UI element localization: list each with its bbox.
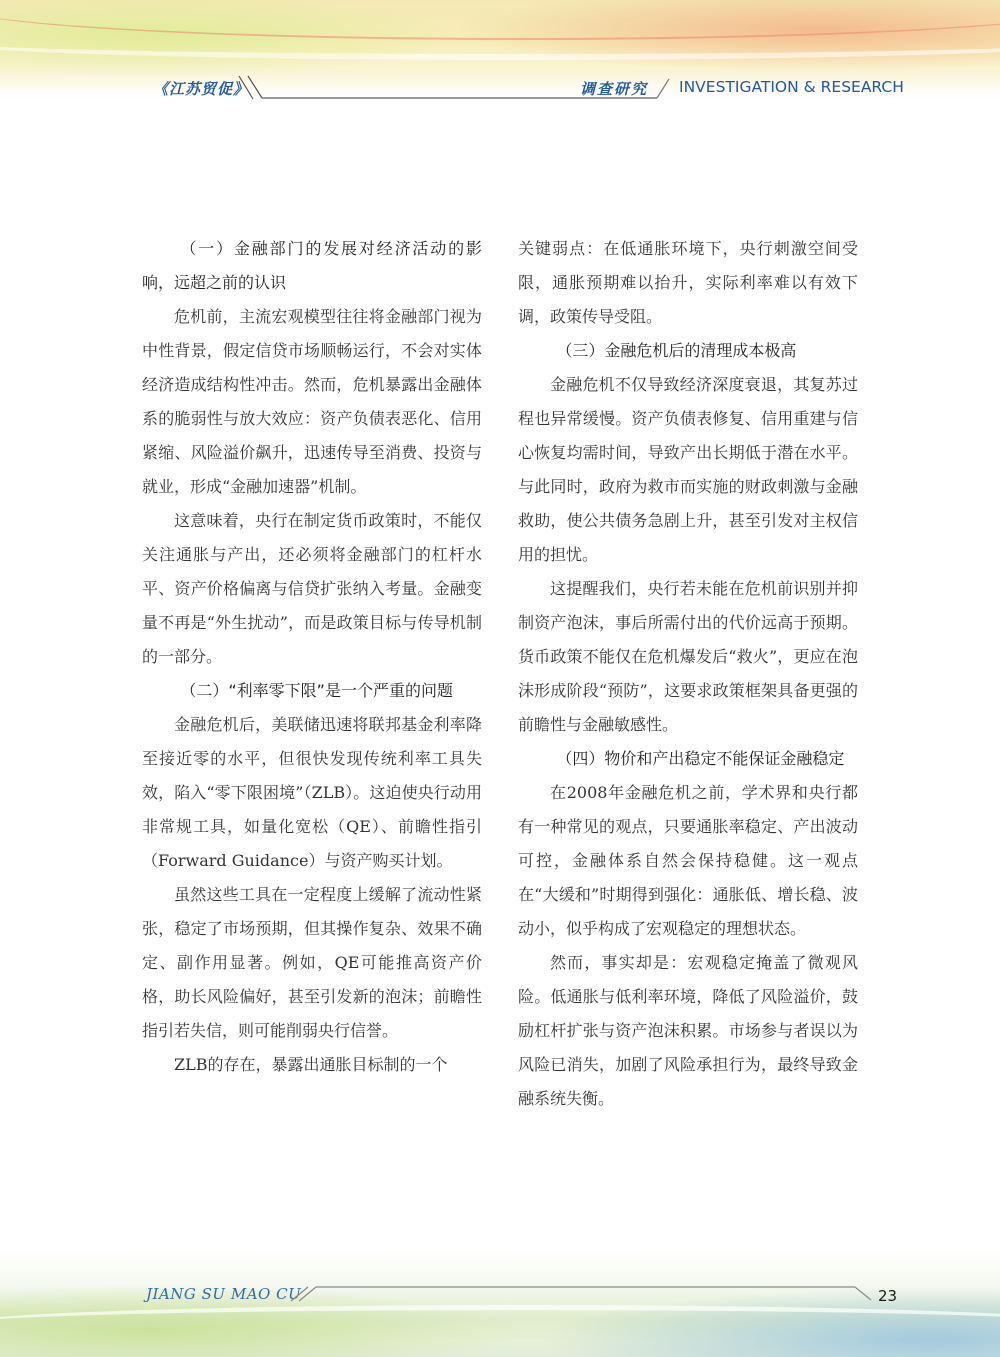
paragraph: 金融危机不仅导致经济深度衰退，其复苏过程也异常缓慢。资产负债表修复、信用重建与信… xyxy=(518,368,858,572)
paragraph: 在2008年金融危机之前，学术界和央行都有一种常见的观点，只要通胀率稳定、产出波… xyxy=(518,776,858,946)
paragraph: 然而，事实却是：宏观稳定掩盖了微观风险。低通胀与低利率环境，降低了风险溢价，鼓励… xyxy=(518,946,858,1116)
paragraph: 这提醒我们，央行若未能在危机前识别并抑制资产泡沫，事后所需付出的代价远高于预期。… xyxy=(518,572,858,742)
paragraph: ZLB的存在，暴露出通胀目标制的一个 xyxy=(142,1048,482,1082)
right-column: 关键弱点：在低通胀环境下，央行刺激空间受限，通胀预期难以抬升，实际利率难以有效下… xyxy=(518,232,858,1116)
paragraph-continued: 关键弱点：在低通胀环境下，央行刺激空间受限，通胀预期难以抬升，实际利率难以有效下… xyxy=(518,232,858,334)
left-column: （一）金融部门的发展对经济活动的影响，远超之前的认识 危机前，主流宏观模型往往将… xyxy=(142,232,482,1082)
section-heading-1: （一）金融部门的发展对经济活动的影响，远超之前的认识 xyxy=(142,232,482,300)
section-heading-4: （四）物价和产出稳定不能保证金融稳定 xyxy=(518,742,858,776)
paragraph: 这意味着，央行在制定货币政策时，不能仅关注通胀与产出，还必须将金融部门的杠杆水平… xyxy=(142,504,482,674)
section-heading-3: （三）金融危机后的清理成本极高 xyxy=(518,334,858,368)
header-rule-icon xyxy=(0,0,1000,110)
section-heading-2: （二）“利率零下限”是一个严重的问题 xyxy=(142,674,482,708)
paragraph: 危机前，主流宏观模型往往将金融部门视为中性背景，假定信贷市场顺畅运行，不会对实体… xyxy=(142,300,482,504)
paragraph: 金融危机后，美联储迅速将联邦基金利率降至接近零的水平，但很快发现传统利率工具失效… xyxy=(142,708,482,878)
footer-rule-icon xyxy=(0,1280,1000,1320)
page-number: 23 xyxy=(878,1287,897,1305)
paragraph: 虽然这些工具在一定程度上缓解了流动性紧张，稳定了市场预期，但其操作复杂、效果不确… xyxy=(142,878,482,1048)
